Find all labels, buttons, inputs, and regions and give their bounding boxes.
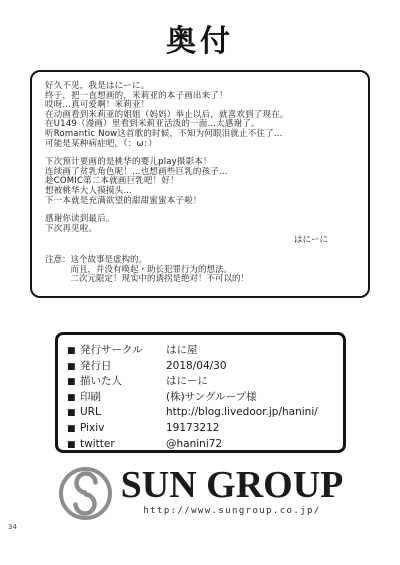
colophon-label: twitter xyxy=(80,437,166,452)
afterword-box: 好久不见，我是はにーに。 终于，把一直想画的，米莉亚的本子画出来了！ 哎呀…真可… xyxy=(30,70,370,298)
afterword-paragraph-2: 下次预计要画的是桃华的婴儿play摄影本！ 连续画了贫乳角色呢！…也想画些巨乳的… xyxy=(45,158,356,206)
notice-block: 注意： 这个故事是虚构的。 而且，并没有唤起・助长犯罪行为的想法。 二次元限定！… xyxy=(45,256,356,285)
page-number: 34 xyxy=(8,523,17,531)
colophon-label: 発行日 xyxy=(80,359,166,374)
colophon-row-date: ■ 発行日 2018/04/30 xyxy=(67,359,337,375)
colophon-label: 印刷 xyxy=(80,390,166,405)
colophon-value: はにーに xyxy=(166,374,337,389)
square-bullet-icon: ■ xyxy=(67,391,80,406)
colophon-row-twitter: ■ twitter @hanini72 xyxy=(67,437,337,453)
colophon-value: 2018/04/30 xyxy=(166,359,337,374)
afterword-paragraph-1: 好久不见，我是はにーに。 终于，把一直想画的，米莉亚的本子画出来了！ 哎呀…真可… xyxy=(45,82,356,149)
colophon-value: 19173212 xyxy=(166,421,337,436)
colophon-row-artist: ■ 描いた人 はにーに xyxy=(67,374,337,390)
colophon-row-printer: ■ 印刷 (株)サングループ様 xyxy=(67,390,337,406)
colophon-info-box: ■ 発行サークル はに屋 ■ 発行日 2018/04/30 ■ 描いた人 はにー… xyxy=(55,332,346,453)
colophon-label: Pixiv xyxy=(80,421,166,436)
colophon-row-pixiv: ■ Pixiv 19173212 xyxy=(67,421,337,437)
square-bullet-icon: ■ xyxy=(67,438,80,453)
square-bullet-icon: ■ xyxy=(67,360,80,375)
colophon-label: 発行サークル xyxy=(80,343,166,358)
page-title: 奥付 xyxy=(0,16,400,60)
square-bullet-icon: ■ xyxy=(67,344,80,359)
printer-url: http://www.sungroup.co.jp/ xyxy=(112,506,352,516)
colophon-value: はに屋 xyxy=(166,343,337,358)
square-bullet-icon: ■ xyxy=(67,422,80,437)
sun-group-logo-icon xyxy=(57,465,114,522)
square-bullet-icon: ■ xyxy=(67,375,80,390)
colophon-row-url: ■ URL http://blog.livedoor.jp/hanini/ xyxy=(67,405,337,421)
square-bullet-icon: ■ xyxy=(67,406,80,421)
notice-label: 注意： xyxy=(45,256,71,285)
colophon-label: URL xyxy=(80,405,166,420)
notice-lines: 这个故事是虚构的。 而且，并没有唤起・助长犯罪行为的想法。 二次元限定！现实中的… xyxy=(71,256,356,285)
colophon-value: @hanini72 xyxy=(166,437,337,452)
afterword-paragraph-3: 感谢你读到最后。 下次再见啦。 xyxy=(45,215,356,234)
colophon-label: 描いた人 xyxy=(80,374,166,389)
colophon-value: (株)サングループ様 xyxy=(166,390,337,405)
author-signature: はにーに xyxy=(45,236,356,246)
colophon-row-circle: ■ 発行サークル はに屋 xyxy=(67,343,337,359)
colophon-value-url: http://blog.livedoor.jp/hanini/ xyxy=(166,405,337,420)
printer-name: SUN GROUP xyxy=(116,464,348,506)
